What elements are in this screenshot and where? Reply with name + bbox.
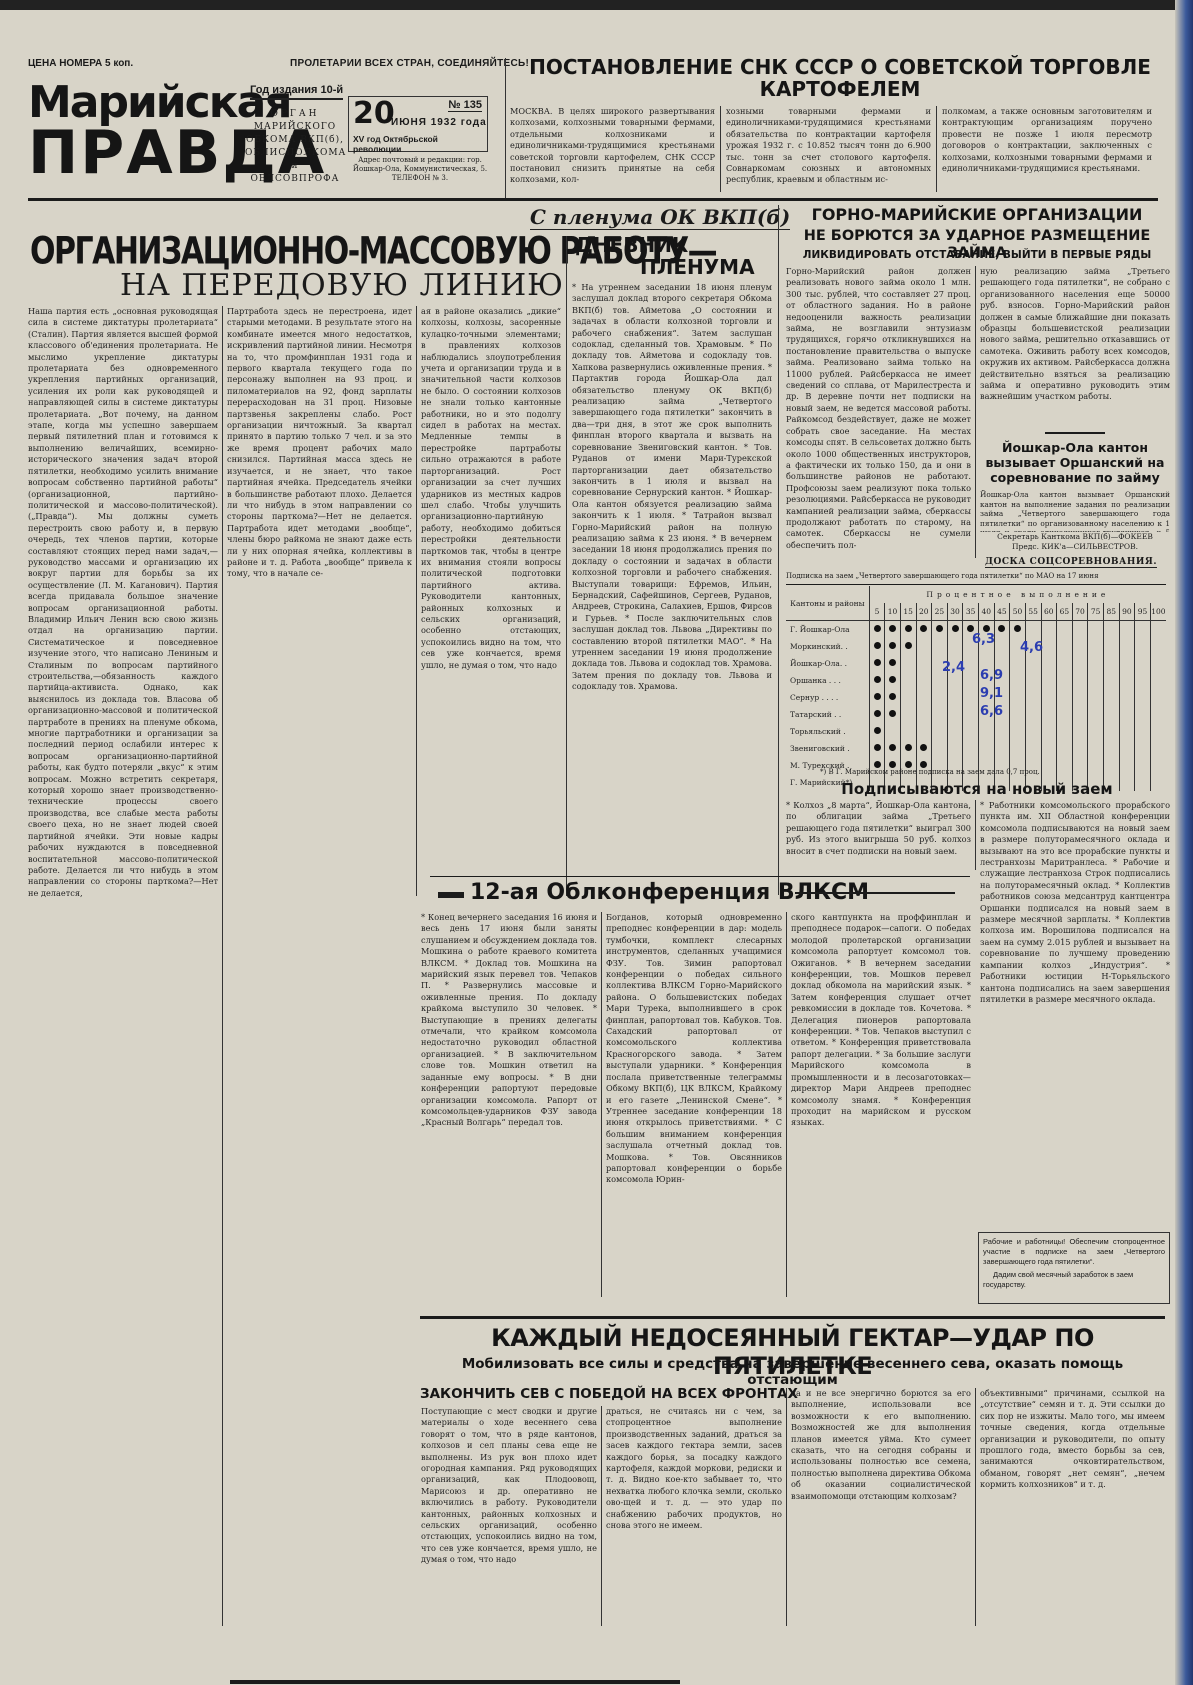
- doska-percent-col: 35: [963, 603, 979, 621]
- doska-cell: [1041, 655, 1057, 672]
- doska-cell: [1041, 689, 1057, 706]
- divider: [505, 58, 506, 198]
- doska-cell: [1088, 689, 1104, 706]
- doska-cell: [869, 655, 884, 672]
- divider: [601, 912, 602, 1297]
- newspaper-page: ЦЕНА НОМЕРА 5 коп. ПРОЛЕТАРИИ ВСЕХ СТРАН…: [0, 0, 1175, 1685]
- doska-percent-col: 15: [900, 603, 916, 621]
- doska-cell: [1150, 638, 1166, 655]
- doska-row: Йошкар-Ола. .: [786, 655, 1166, 672]
- doska-cell: [932, 723, 948, 740]
- doska-cell: [1010, 672, 1026, 689]
- divider: [430, 876, 970, 877]
- doska-row-label: Моркинский. .: [786, 638, 869, 655]
- doska-cell: [932, 689, 948, 706]
- doska-cell: [900, 621, 916, 639]
- doska-cell: [1072, 706, 1088, 723]
- doska-cell: [1057, 672, 1073, 689]
- komsomol-column-1: * Конец вечернего заседания 16 июня и ве…: [421, 912, 597, 1297]
- doska-cell: [932, 740, 948, 757]
- doska-cell: [1025, 723, 1041, 740]
- price-label: ЦЕНА НОМЕРА 5 коп.: [28, 58, 133, 69]
- doska-cell: [916, 689, 932, 706]
- handwritten-note: 2,4: [942, 660, 965, 675]
- doska-cell: [1150, 689, 1166, 706]
- sowing-column-1: Поступающие с мест сводки и другие матер…: [421, 1406, 597, 1626]
- doska-cell: [869, 723, 884, 740]
- doska-row-label: Сернур . . . .: [786, 689, 869, 706]
- doska-cell: [1072, 672, 1088, 689]
- plenum-rubric: С пленума ОК ВКП(б): [530, 205, 790, 230]
- divider: [975, 800, 976, 870]
- decorative-bar: [795, 892, 955, 894]
- diary-text: * На утреннем заседании 18 июня пленум з…: [572, 282, 772, 842]
- doska-cell: [1119, 655, 1135, 672]
- doska-cell: [1104, 638, 1120, 655]
- year-of-publication: Год издания 10-й: [250, 84, 343, 100]
- challenge-signatures: Секретарь Канткома ВКП(б)—ФОКЕЕВ Предс. …: [980, 532, 1170, 552]
- doska-cell: [1104, 689, 1120, 706]
- doska-percent-col: 20: [916, 603, 932, 621]
- divider: [601, 1406, 602, 1626]
- loan-headline-1: ГОРНО-МАРИЙСКИЕ ОРГАНИЗАЦИИ: [782, 206, 1172, 224]
- doska-cell: [1135, 757, 1151, 774]
- progress-dot-icon: [889, 676, 896, 683]
- doska-cell: [916, 672, 932, 689]
- doska-cell: [885, 655, 901, 672]
- komsomol-column-3: ского кантпункта на проффинплан и препод…: [791, 912, 971, 1297]
- doska-cell: [1119, 706, 1135, 723]
- loan-column-2: ную реализацию займа „Третьего решающего…: [980, 266, 1170, 426]
- doska-cell: [1088, 655, 1104, 672]
- divider: [416, 306, 417, 896]
- doska-row: Сернур . . . .: [786, 689, 1166, 706]
- appeal-box: Рабочие и работницы! Обеспечим стопроцен…: [978, 1232, 1170, 1304]
- doska-cell: [1057, 621, 1073, 639]
- progress-dot-icon: [874, 625, 881, 632]
- doska-percent-col: 55: [1025, 603, 1041, 621]
- doska-percent-col: 5: [869, 603, 884, 621]
- challenge-headline: Йошкар-Ола кантон вызывает Оршанский на …: [980, 440, 1170, 485]
- progress-dot-icon: [874, 642, 881, 649]
- lead-column-2: Партработа здесь не перестроена, идет ст…: [227, 306, 412, 896]
- doska-row-header: Кантоны и районы: [786, 586, 869, 621]
- doska-cell: [963, 655, 979, 672]
- doska-row-label: Йошкар-Ола. .: [786, 655, 869, 672]
- doska-cell: [1072, 655, 1088, 672]
- sowing-subhead: Мобилизовать все силы и средства на заве…: [420, 1356, 1165, 1388]
- progress-dot-icon: [874, 761, 881, 768]
- doska-cell: [885, 638, 901, 655]
- doska-cell: [1104, 740, 1120, 757]
- doska-cell: [1150, 740, 1166, 757]
- slogan: ПРОЛЕТАРИИ ВСЕХ СТРАН, СОЕДИНЯЙТЕСЬ!: [290, 58, 529, 69]
- doska-percent-col: 30: [947, 603, 963, 621]
- sowing-column-4: объективными“ причинами, ссылкой на „отс…: [980, 1388, 1165, 1626]
- doska-percent-col: 50: [1010, 603, 1026, 621]
- doska-cell: [1135, 706, 1151, 723]
- doska-cell: [1135, 672, 1151, 689]
- doska-cell: [1119, 757, 1135, 774]
- doska-cell: [869, 672, 884, 689]
- subscribe-column-2: * Работники комсомольского прорабского п…: [980, 800, 1170, 1230]
- progress-dot-icon: [889, 744, 896, 751]
- handwritten-note: 6,6: [980, 704, 1003, 719]
- doska-cell: [932, 638, 948, 655]
- decree-column-3: полкомам, а также основным заготовителям…: [942, 106, 1152, 192]
- doska-cell: [1057, 655, 1073, 672]
- divider: [222, 306, 223, 1626]
- progress-dot-icon: [983, 625, 990, 632]
- progress-dot-icon: [889, 659, 896, 666]
- lead-column-1: Наша партия есть „основная руководящая с…: [28, 306, 218, 1626]
- progress-dot-icon: [998, 625, 1005, 632]
- doska-cell: [1119, 689, 1135, 706]
- progress-dot-icon: [952, 625, 959, 632]
- sowing-column-2: драться, не считаясь ни с чем, за стопро…: [606, 1406, 782, 1626]
- progress-dot-icon: [874, 744, 881, 751]
- doska-cell: [1057, 723, 1073, 740]
- doska-cell: [1088, 757, 1104, 774]
- handwritten-note: 4,6: [1020, 640, 1043, 655]
- doska-cell: [1025, 655, 1041, 672]
- doska-cell: [900, 706, 916, 723]
- doska-cell: [1041, 723, 1057, 740]
- doska-cell: [1072, 621, 1088, 639]
- progress-dot-icon: [889, 710, 896, 717]
- doska-cell: [1057, 638, 1073, 655]
- doska-row: Татарский . .: [786, 706, 1166, 723]
- progress-dot-icon: [905, 744, 912, 751]
- subscribe-column-1: * Колхоз „8 марта“, Йошкар-Ола кантона, …: [786, 800, 971, 870]
- doska-cell: [1010, 706, 1026, 723]
- doska-cell: [1135, 689, 1151, 706]
- doska-cell: [1150, 706, 1166, 723]
- divider: [786, 584, 1166, 585]
- doska-cell: [1135, 638, 1151, 655]
- doska-cell: [1088, 621, 1104, 639]
- address: Адрес почтовый и редакции: гор. Йошкар-О…: [350, 156, 490, 183]
- doska-row: Торьяльский .: [786, 723, 1166, 740]
- progress-dot-icon: [889, 642, 896, 649]
- lead-headline-2: НА ПЕРЕДОВУЮ ЛИНИЮ: [120, 270, 564, 302]
- doska-row-label: Оршанка . . .: [786, 672, 869, 689]
- doska-cell: [994, 638, 1010, 655]
- doska-cell: [1119, 638, 1135, 655]
- doska-percent-col: 95: [1135, 603, 1151, 621]
- doska-cell: [916, 740, 932, 757]
- divider: [566, 236, 567, 896]
- doska-percent-col: 100: [1150, 603, 1166, 621]
- scan-edge: [1175, 0, 1193, 1685]
- decree-column-1: МОСКВА. В целях широкого развертывания к…: [510, 106, 715, 192]
- doska-cell: [1025, 672, 1041, 689]
- doska-cell: [1135, 740, 1151, 757]
- doska-cell: [1088, 706, 1104, 723]
- progress-dot-icon: [889, 761, 896, 768]
- doska-cell: [1072, 757, 1088, 774]
- doska-percent-col: 75: [1088, 603, 1104, 621]
- doska-cell: [885, 621, 901, 639]
- doska-row-label: Г. Йошкар-Ола: [786, 621, 869, 639]
- doska-cell: [885, 672, 901, 689]
- sowing-column-3: да и не все энергично борются за его вып…: [791, 1388, 971, 1626]
- doska-cell: [916, 706, 932, 723]
- doska-cell: [1057, 740, 1073, 757]
- doska-cell: [947, 723, 963, 740]
- doska-cell: [1135, 621, 1151, 639]
- progress-dot-icon: [889, 625, 896, 632]
- doska-cell: [1072, 723, 1088, 740]
- diary-title-1: ДНЕВНИК: [575, 234, 688, 256]
- doska-cell: [1010, 740, 1026, 757]
- doska-row-label: Звениговский .: [786, 740, 869, 757]
- doska-cell: [900, 655, 916, 672]
- doska-cell: [1150, 757, 1166, 774]
- doska-cell: [1104, 723, 1120, 740]
- progress-dot-icon: [905, 761, 912, 768]
- progress-dot-icon: [874, 676, 881, 683]
- doska-cell: [1150, 723, 1166, 740]
- progress-dot-icon: [874, 693, 881, 700]
- doska-table: Кантоны и районы Процентное выполнение 5…: [786, 586, 1166, 791]
- doska-cell: [885, 689, 901, 706]
- doska-percent-col: 70: [1072, 603, 1088, 621]
- doska-cell: [1072, 740, 1088, 757]
- divider: [975, 1388, 976, 1626]
- doska-cell: [900, 689, 916, 706]
- separator: [1045, 432, 1105, 434]
- revolution-year: XV год Октябрьской революции: [353, 134, 487, 154]
- doska-cell: [947, 706, 963, 723]
- doska-cell: [947, 621, 963, 639]
- handwritten-note: 9,1: [980, 686, 1003, 701]
- doska-percent-col: 60: [1041, 603, 1057, 621]
- challenge-text: Йошкар-Ола кантон вызывает Оршанский кан…: [980, 490, 1170, 532]
- doska-cell: [1072, 689, 1088, 706]
- divider: [720, 106, 721, 192]
- issue-number: № 135: [448, 99, 482, 112]
- decorative-bar: [438, 892, 464, 898]
- bottom-rule: [230, 1680, 680, 1684]
- doska-cell: [900, 638, 916, 655]
- doska-cell: [869, 706, 884, 723]
- doska-cell: [1088, 740, 1104, 757]
- progress-dot-icon: [920, 744, 927, 751]
- doska-cell: [1072, 638, 1088, 655]
- doska-cell: [1041, 638, 1057, 655]
- doska-cell: [1025, 706, 1041, 723]
- progress-dot-icon: [874, 727, 881, 734]
- doska-cell: [1104, 621, 1120, 639]
- doska-cell: [947, 689, 963, 706]
- doska-cell: [1104, 672, 1120, 689]
- doska-cell: [1088, 672, 1104, 689]
- doska-row: Оршанка . . .: [786, 672, 1166, 689]
- doska-cell: [947, 740, 963, 757]
- loan-subhead: ЛИКВИДИРОВАТЬ ОТСТАВАНИЕ, ВЫЙТИ В ПЕРВЫЕ…: [782, 249, 1172, 261]
- doska-percent-col: 65: [1057, 603, 1073, 621]
- doska-cell: [1041, 621, 1057, 639]
- doska-cell: [947, 638, 963, 655]
- komsomol-column-2: Богданов, который одновременно преподнес…: [606, 912, 782, 1297]
- doska-cell: [1041, 740, 1057, 757]
- handwritten-note: 6,3: [972, 632, 995, 647]
- doska-cell: [900, 740, 916, 757]
- lead-column-3: ая в районе оказались „дикие“ колхозы, к…: [421, 306, 561, 896]
- doska-table-wrap: Кантоны и районы Процентное выполнение 5…: [786, 586, 1166, 791]
- doska-title: ДОСКА СОЦСОРЕВНОВАНИЯ.: [985, 557, 1157, 568]
- handwritten-note: 6,9: [980, 668, 1003, 683]
- doska-cell: [1025, 740, 1041, 757]
- doska-subtitle: Подписка на заем „Четвертого завершающег…: [786, 572, 1166, 580]
- divider: [786, 1388, 787, 1626]
- doska-cell: [916, 723, 932, 740]
- doska-cell: [1088, 723, 1104, 740]
- doska-cell: [1057, 757, 1073, 774]
- doska-percent-col: 85: [1104, 603, 1120, 621]
- doska-cell: [885, 723, 901, 740]
- doska-cell: [1088, 638, 1104, 655]
- doska-cell: [885, 706, 901, 723]
- progress-dot-icon: [889, 693, 896, 700]
- doska-percent-col: 45: [994, 603, 1010, 621]
- scan-border: [0, 0, 1175, 10]
- organ-block: ОРГАН МАРИЙСКОГО ОБКОМА ВКП(б), ОБЛИСПОЛ…: [245, 108, 345, 186]
- doska-cell: [979, 723, 995, 740]
- doska-cell: [869, 689, 884, 706]
- progress-dot-icon: [967, 625, 974, 632]
- doska-cell: [1025, 689, 1041, 706]
- doska-footnote: *) В Г. Марийском районе подписка на зае…: [820, 768, 1040, 776]
- doska-cell: [1010, 689, 1026, 706]
- diary-title-2: ПЛЕНУМА: [640, 256, 755, 278]
- doska-cell: [1135, 655, 1151, 672]
- loan-column-1: Горно-Марийский район должен реализовать…: [786, 266, 971, 558]
- doska-cell: [932, 621, 948, 639]
- doska-col-header: Процентное выполнение: [869, 586, 1166, 603]
- doska-cell: [869, 638, 884, 655]
- doska-cell: [869, 740, 884, 757]
- doska-cell: [1041, 757, 1057, 774]
- doska-cell: [900, 723, 916, 740]
- doska-cell: [963, 706, 979, 723]
- doska-percent-col: 40: [979, 603, 995, 621]
- decree-column-2: хозными товарными фермами и единоличника…: [726, 106, 931, 192]
- doska-cell: [1119, 672, 1135, 689]
- subscribe-headline: Подписываются на новый заем: [782, 780, 1172, 798]
- doska-cell: [994, 621, 1010, 639]
- date-box: 20 № 135 ИЮНЯ 1932 года XV год Октябрьск…: [348, 96, 488, 152]
- doska-row: Звениговский .: [786, 740, 1166, 757]
- doska-cell: [1104, 706, 1120, 723]
- progress-dot-icon: [936, 625, 943, 632]
- doska-cell: [1010, 723, 1026, 740]
- doska-cell: [900, 672, 916, 689]
- progress-dot-icon: [874, 659, 881, 666]
- doska-cell: [916, 655, 932, 672]
- divider: [975, 266, 976, 558]
- doska-row-label: Торьяльский .: [786, 723, 869, 740]
- doska-cell: [1150, 621, 1166, 639]
- doska-cell: [1119, 723, 1135, 740]
- divider: [778, 205, 779, 895]
- doska-cell: [1057, 689, 1073, 706]
- doska-cell: [1010, 621, 1026, 639]
- doska-cell: [916, 638, 932, 655]
- progress-dot-icon: [905, 642, 912, 649]
- progress-dot-icon: [874, 710, 881, 717]
- progress-dot-icon: [920, 625, 927, 632]
- divider: [786, 912, 787, 1297]
- divider: [936, 106, 937, 192]
- doska-cell: [994, 723, 1010, 740]
- doska-cell: [1010, 655, 1026, 672]
- progress-dot-icon: [920, 761, 927, 768]
- sowing-section-title: ЗАКОНЧИТЬ СЕВ С ПОБЕДОЙ НА ВСЕХ ФРОНТАХ: [420, 1386, 798, 1402]
- doska-cell: [1119, 621, 1135, 639]
- doska-cell: [963, 740, 979, 757]
- doska-cell: [1119, 740, 1135, 757]
- decree-headline: ПОСТАНОВЛЕНИЕ СНК СССР О СОВЕТСКОЙ ТОРГО…: [510, 56, 1170, 100]
- doska-cell: [1057, 706, 1073, 723]
- doska-row-label: Татарский . .: [786, 706, 869, 723]
- divider: [420, 1316, 1165, 1319]
- doska-cell: [979, 740, 995, 757]
- doska-cell: [869, 621, 884, 639]
- doska-cell: [1025, 621, 1041, 639]
- doska-cell: [1150, 672, 1166, 689]
- doska-cell: [916, 621, 932, 639]
- doska-cell: [1041, 672, 1057, 689]
- progress-dot-icon: [1014, 625, 1021, 632]
- doska-cell: [1041, 706, 1057, 723]
- doska-cell: [994, 740, 1010, 757]
- doska-cell: [963, 672, 979, 689]
- doska-percent-col: 10: [885, 603, 901, 621]
- doska-cell: [1150, 655, 1166, 672]
- masthead-rule: [28, 198, 1158, 201]
- doska-cell: [885, 740, 901, 757]
- doska-cell: [932, 706, 948, 723]
- doska-cell: [1104, 655, 1120, 672]
- doska-percent-col: 90: [1119, 603, 1135, 621]
- doska-cell: [963, 723, 979, 740]
- doska-cell: [963, 689, 979, 706]
- date-month-year: ИЮНЯ 1932 года: [391, 117, 487, 128]
- date-day: 20: [353, 99, 395, 129]
- doska-cell: [1135, 723, 1151, 740]
- progress-dot-icon: [905, 625, 912, 632]
- doska-cell: [1104, 757, 1120, 774]
- doska-percent-col: 25: [932, 603, 948, 621]
